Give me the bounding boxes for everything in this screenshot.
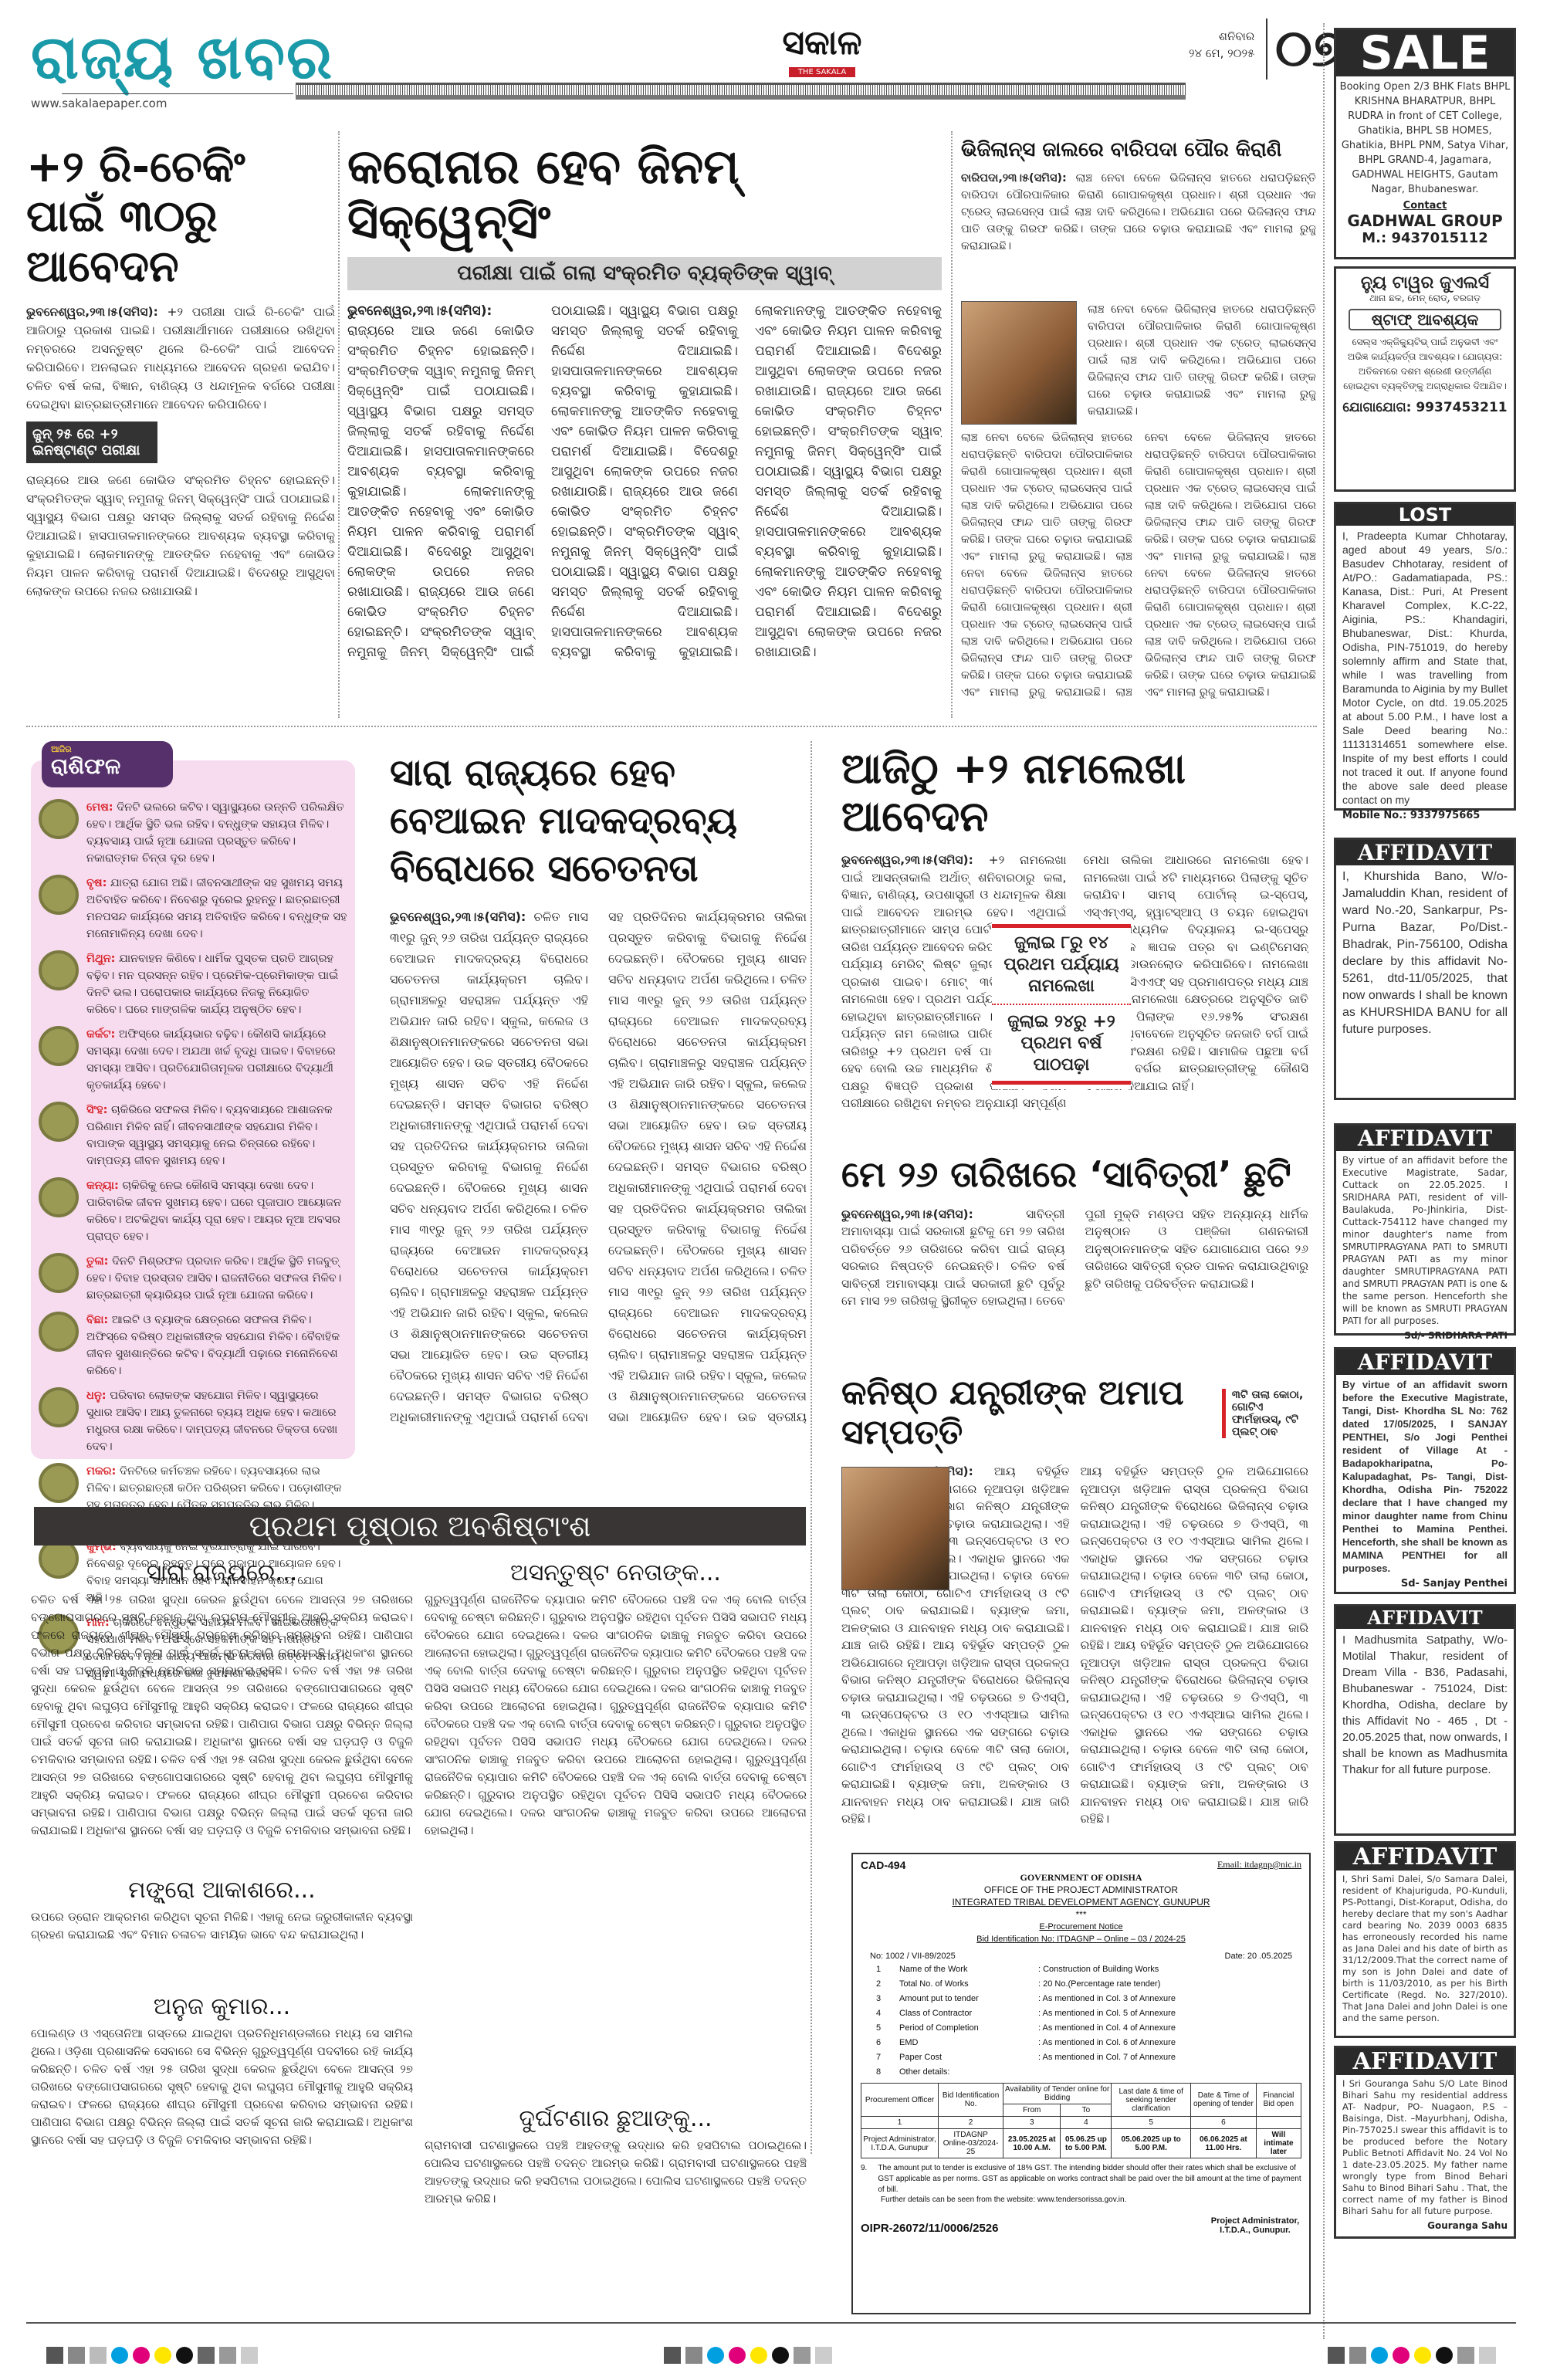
dateline: ଭୁବନେଶ୍ୱର,୨୩।୫(ସମିସ): (347, 303, 492, 319)
page-number: ୦୭ (1266, 19, 1343, 80)
ad-affidavit: AFFIDAVIT I, Shri Sami Dalei, S/o Samara… (1334, 1841, 1516, 2038)
rashi-item: ସିଂହ: ଚାକିରିରେ ସଫଳତା ମିଳିବ। ବ୍ୟବସାୟରେ ଆଶ… (39, 1102, 347, 1170)
bottom-rule (26, 2322, 1516, 2324)
callout-box: ଜୁଲାଇ ୮ରୁ ୧୪ ପ୍ରଥମ ପର୍ଯ୍ୟାୟ ନାମଲେଖା ଜୁଲା… (992, 919, 1131, 1089)
continued-col-left: ସାରା ରାଜ୍ୟରେ... ଚଳିତ ବର୍ଷ ଏହା ୨୫ ତାରିଖ ସ… (31, 1559, 413, 2256)
subheadline: ପରୀକ୍ଷା ପାଇଁ ଗଲା ସଂକ୍ରମିତ ବ୍ୟକ୍ତିଙ୍କ ସ୍ୱ… (347, 257, 942, 290)
story-drugs: ସାରା ରାଜ୍ୟରେ ହେବ ବେଆଇନ ମାଦକଦ୍ରବ୍ୟ ବିରୋଧର… (390, 749, 807, 1447)
body: +୨ ପରୀକ୍ଷା ପାଇଁ ରି-ଚେକିଂ ପାଇଁ ଆଜିଠାରୁ ପ୍… (26, 305, 335, 411)
rashi-item: ଧନୁ: ପରିବାର ଲୋକଙ୍କ ସହଯୋଗ ମିଳିବ। ସ୍ୱାସ୍ଥ୍… (39, 1387, 347, 1455)
body-continued: ରାଜ୍ୟରେ ଆଉ ଜଣେ କୋଭିଡ ସଂକ୍ରମିତ ଚିହ୍ନଟ ହୋଇ… (26, 471, 335, 656)
print-registration-marks (1328, 2347, 1496, 2364)
body: ସାବିତ୍ରୀ ଅମାବାସ୍ୟା ପାଇଁ ସରକାରୀ ଛୁଟିକୁ ମେ… (841, 1207, 1308, 1308)
headline: କରୋନାର ହେବ ଜିନମ୍ ସିକ୍ୱେନ୍ସିଂ (347, 139, 942, 249)
story-plus2-admission: ଆଜିଠୁ +୨ ନାମଲେଖା ଆବେଦନ ଭୁବନେଶ୍ୱର,୨୩।୫(ସମ… (841, 745, 1308, 1129)
print-registration-marks (46, 2347, 258, 2364)
signatory: Project Administrator, I.T.D.A., Gunupur… (1209, 2216, 1301, 2235)
day-label: ଶନିବାର (1189, 28, 1254, 45)
rashifal-tag: ଆଜିର ରାଶିଫଳ (42, 741, 173, 787)
zodiac-capricorn-icon (39, 1463, 79, 1503)
continued-title: ଦୁର୍ଘଟଣାର ଛୁଆଙ୍କୁ... (425, 2105, 807, 2132)
dateline: ଭୁବନେଶ୍ୱର,୨୩।୫(ସମିସ): (841, 853, 973, 867)
rashi-item: ବିଛା: ଆଇଟି ଓ ବ୍ୟାଙ୍କ କ୍ଷେତ୍ରରେ ସଫଳତା ମିଳ… (39, 1312, 347, 1380)
dateline: ଭୁବନେଶ୍ୱର,୨୩।୫(ସମିସ): (390, 909, 526, 924)
dateline: ଭୁବନେଶ୍ୱର,୨୩।୫(ସମିସ): (841, 1207, 973, 1221)
zodiac-cancer-icon (39, 1026, 79, 1066)
callout-1: ଜୁଲାଇ ୮ରୁ ୧୪ ପ୍ରଥମ ପର୍ଯ୍ୟାୟ ନାମଲେଖା (992, 933, 1131, 997)
headline: ମେ ୨୬ ତାରିଖରେ ‘ସାବିତ୍ରୀ’ ଛୁଟି (841, 1154, 1308, 1195)
zodiac-leo-icon (39, 1102, 79, 1142)
zodiac-taurus-icon (39, 875, 79, 915)
header-left: ରାଜ୍ୟ ଖବର www.sakalaepaper.com (31, 23, 333, 110)
column-divider (338, 131, 340, 718)
headline: କନିଷ୍ଠ ଯନ୍ତ୍ରୀଙ୍କ ଅମାପ ସମ୍ପତ୍ତି (841, 1374, 1213, 1452)
headline: ସାରା ରାଜ୍ୟରେ ହେବ ବେଆଇନ ମାଦକଦ୍ରବ୍ୟ ବିରୋଧର… (390, 749, 807, 892)
body: ଚଳିତ ମାସ ୩୧ରୁ ଜୁନ୍ ୨୬ ତାରିଖ ପର୍ଯ୍ୟନ୍ତ ରା… (390, 909, 588, 1216)
accused-photo (961, 301, 1077, 425)
black-dot-icon (176, 2347, 193, 2364)
ad-affidavit: AFFIDAVIT I Madhusmita Satpathy, W/o- Mo… (1334, 1604, 1516, 1836)
sidebar-box: ଜୁନ୍ ୨୫ ରେ +୨ ଇନଷ୍ଟାଣ୍ଟ ପରୀକ୍ଷା (26, 421, 157, 463)
section-title: ରାଜ୍ୟ ଖବର (31, 23, 333, 93)
rashi-item: କନ୍ୟା: ଚାକିରିକୁ ନେଇ କୌଣସି ସମସ୍ୟା ଦେଖା ଦେ… (39, 1177, 347, 1245)
continued-title: ଅସନ୍ତୁଷ୍ଟ ନେତାଙ୍କ... (425, 1559, 807, 1586)
ad-phone: M.: 9437015112 (1336, 230, 1514, 246)
continued-title: ମଙ୍କ୍ରୋ ଆକାଶରେ... (31, 1877, 413, 1904)
tender-notice: CAD-494 Email: itdagnp@nic.in GOVERNMENT… (851, 1853, 1311, 2314)
dateline: ଭୁବନେଶ୍ୱର,୨୩।୫(ସମିସ): (26, 305, 158, 319)
rashifal-list: ମେଷ: ଦିନଟି ଭଲରେ କଟିବ। ସ୍ୱାସ୍ଥ୍ୟରେ ଉନ୍ନତି… (39, 799, 347, 1682)
ad-company: GADHWAL GROUP (1336, 212, 1514, 230)
print-registration-marks (664, 2347, 832, 2364)
masthead: ସକାଳ THE SAKALA (753, 23, 892, 77)
tender-website[interactable]: Further details can be seen from the web… (881, 2195, 1301, 2204)
engineer-photo (841, 1467, 949, 1590)
dateline: ବାରିପଦା,୨୩।୫(ସମିସ): (961, 172, 1067, 185)
ad-affidavit: AFFIDAVIT By virtue of an affidavit befo… (1334, 1123, 1516, 1336)
ad-sale: SALE Booking Open 2/3 BHK Flats BHPL KRI… (1334, 28, 1516, 259)
url-rule (62, 93, 293, 94)
story-baripada: ଭିଜିଲାନ୍ସ ଜାଲରେ ବାରିପଦା ପୌର କିରାଣି ବାରିପ… (961, 139, 1316, 715)
column-divider (811, 741, 812, 2154)
tender-table: Procurement Officer Bid Identification N… (861, 2083, 1301, 2158)
zodiac-scorpio-icon (39, 1312, 79, 1352)
oipr-code: OIPR-26072/11/0006/2526 (861, 2222, 998, 2235)
rashi-item: ତୁଳା: ଦିନଟି ମିଶ୍ରଫଳ ପ୍ରଦାନ କରିବ। ଆର୍ଥିକ … (39, 1253, 347, 1304)
yellow-dot-icon (154, 2347, 171, 2364)
header-rule (296, 83, 1186, 100)
story-engineer: କନିଷ୍ଠ ଯନ୍ତ୍ରୀଙ୍କ ଅମାପ ସମ୍ପତ୍ତି ୩ଟି ତାଲା… (841, 1374, 1308, 1926)
date-label: ୨୪ ମେ, ୨୦୨୫ (1189, 45, 1254, 62)
masthead-logo: ସକାଳ (753, 23, 892, 63)
rashi-item: କର୍କଟ: ଅଫିସ୍‌ରେ କାର୍ଯ୍ୟଭାର ବଢ଼ିବ। କୌଣସି … (39, 1026, 347, 1094)
date-block: ଶନିବାର ୨୪ ମେ, ୨୦୨୫ (1189, 28, 1254, 62)
zodiac-virgo-icon (39, 1177, 79, 1217)
continued-col-right: ଅସନ୍ତୁଷ୍ଟ ନେତାଙ୍କ... ଗୁରୁତ୍ୱପୂର୍ଣ୍ଣ ରାଜନ… (425, 1559, 807, 2307)
rashi-item: ମେଷ: ଦିନଟି ଭଲରେ କଟିବ। ସ୍ୱାସ୍ଥ୍ୟରେ ଉନ୍ନତି… (39, 799, 347, 867)
website-url[interactable]: www.sakalaepaper.com (31, 96, 333, 110)
continued-title: ସାରା ରାଜ୍ୟରେ... (31, 1559, 413, 1586)
cyan-dot-icon (111, 2347, 128, 2364)
zodiac-gemini-icon (39, 950, 79, 990)
ad-jewellers: ନ୍ୟୁ ଟାୱର ଜୁଏଲର୍ସ ଥାନା ଛକ, ମେନ୍ ରୋଡ୍, ବର… (1334, 266, 1516, 492)
story-savitri: ମେ ୨୬ ତାରିଖରେ ‘ସାବିତ୍ରୀ’ ଛୁଟି ଭୁବନେଶ୍ୱର,… (841, 1154, 1308, 1345)
tender-items: 1Name of the Work: Construction of Build… (876, 1962, 1301, 2080)
story-plus2-recheck: +୨ ରି-ଚେକିଂ ପାଇଁ ୩୦ରୁ ଆବେଦନ ଭୁବନେଶ୍ୱର,୨୩… (26, 143, 335, 656)
magenta-dot-icon (133, 2347, 150, 2364)
continued-band: ପ୍ରଥମ ପୃଷ୍ଠାର ଅବଶିଷ୍ଟାଂଶ (34, 1507, 806, 1545)
headline: ଭିଜିଲାନ୍ସ ଜାଲରେ ବାରିପଦା ପୌର କିରାଣି (961, 139, 1316, 162)
kicker: ୩ଟି ତାଲା କୋଠା, ଗୋଟିଏ ଫାର୍ମହାଉସ୍, ୯ଟି ପ୍ଲ… (1222, 1389, 1308, 1438)
rashi-item: ମିଥୁନ: ଯାନବାହନ କିଣିବେ। ଧାର୍ମିକ ପୁସ୍ତକ ପ୍… (39, 950, 347, 1018)
rashi-item: ବୃଷ: ଯାତ୍ରା ଯୋଗ ଅଛି। ଜୀବନସାଥୀଙ୍କ ସହ ସୁଖମ… (39, 875, 347, 943)
ad-affidavit: AFFIDAVIT I, Khurshida Bano, W/o- Jamalu… (1334, 838, 1516, 1100)
ad-lost: LOST I, Pradeepta Kumar Chhotaray, aged … (1334, 502, 1516, 811)
zodiac-libra-icon (39, 1253, 79, 1293)
masthead-sub: THE SAKALA (789, 67, 855, 77)
tender-code: CAD-494 (861, 1859, 905, 1871)
headline: ଆଜିଠୁ +୨ ନାମଲେଖା ଆବେଦନ (841, 745, 1308, 841)
body: ରାଜ୍ୟରେ ଆଉ ଜଣେ କୋଭିଡ ସଂକ୍ରମିତ ଚିହ୍ନଟ ହୋଇ… (347, 323, 534, 600)
rashifal-box: ମେଷ: ଦିନଟି ଭଲରେ କଟିବ। ସ୍ୱାସ୍ଥ୍ୟରେ ଉନ୍ନତି… (31, 760, 355, 1459)
callout-2: ଜୁଲାଇ ୨୪ରୁ +୨ ପ୍ରଥମ ବର୍ଷ ପାଠପଢ଼ା (992, 1011, 1131, 1076)
row-divider (26, 726, 1317, 727)
tender-email[interactable]: Email: itdagnp@nic.in (1217, 1859, 1301, 1871)
zodiac-aries-icon (39, 799, 79, 839)
ad-affidavit: AFFIDAVIT By virtue of an affidavit swor… (1334, 1347, 1516, 1594)
ad-title: SALE (1336, 30, 1514, 76)
headline: +୨ ରି-ଚେକିଂ ପାଇଁ ୩୦ରୁ ଆବେଦନ (26, 143, 335, 292)
ad-affidavit: AFFIDAVIT I Sri Gouranga Sahu S/O Late B… (1334, 2046, 1516, 2239)
table-row: Project Administrator, I.T.D.A, GunupurI… (861, 2129, 1301, 2158)
zodiac-sagittarius-icon (39, 1387, 79, 1427)
ads-column-divider (1323, 23, 1325, 2339)
continued-title: ଅନୁଜ କୁମାର... (31, 1993, 413, 2020)
column-divider (951, 131, 953, 718)
story-corona: କରୋନାର ହେବ ଜିନମ୍ ସିକ୍ୱେନ୍ସିଂ ପରୀକ୍ଷା ପାଇ… (347, 139, 942, 795)
